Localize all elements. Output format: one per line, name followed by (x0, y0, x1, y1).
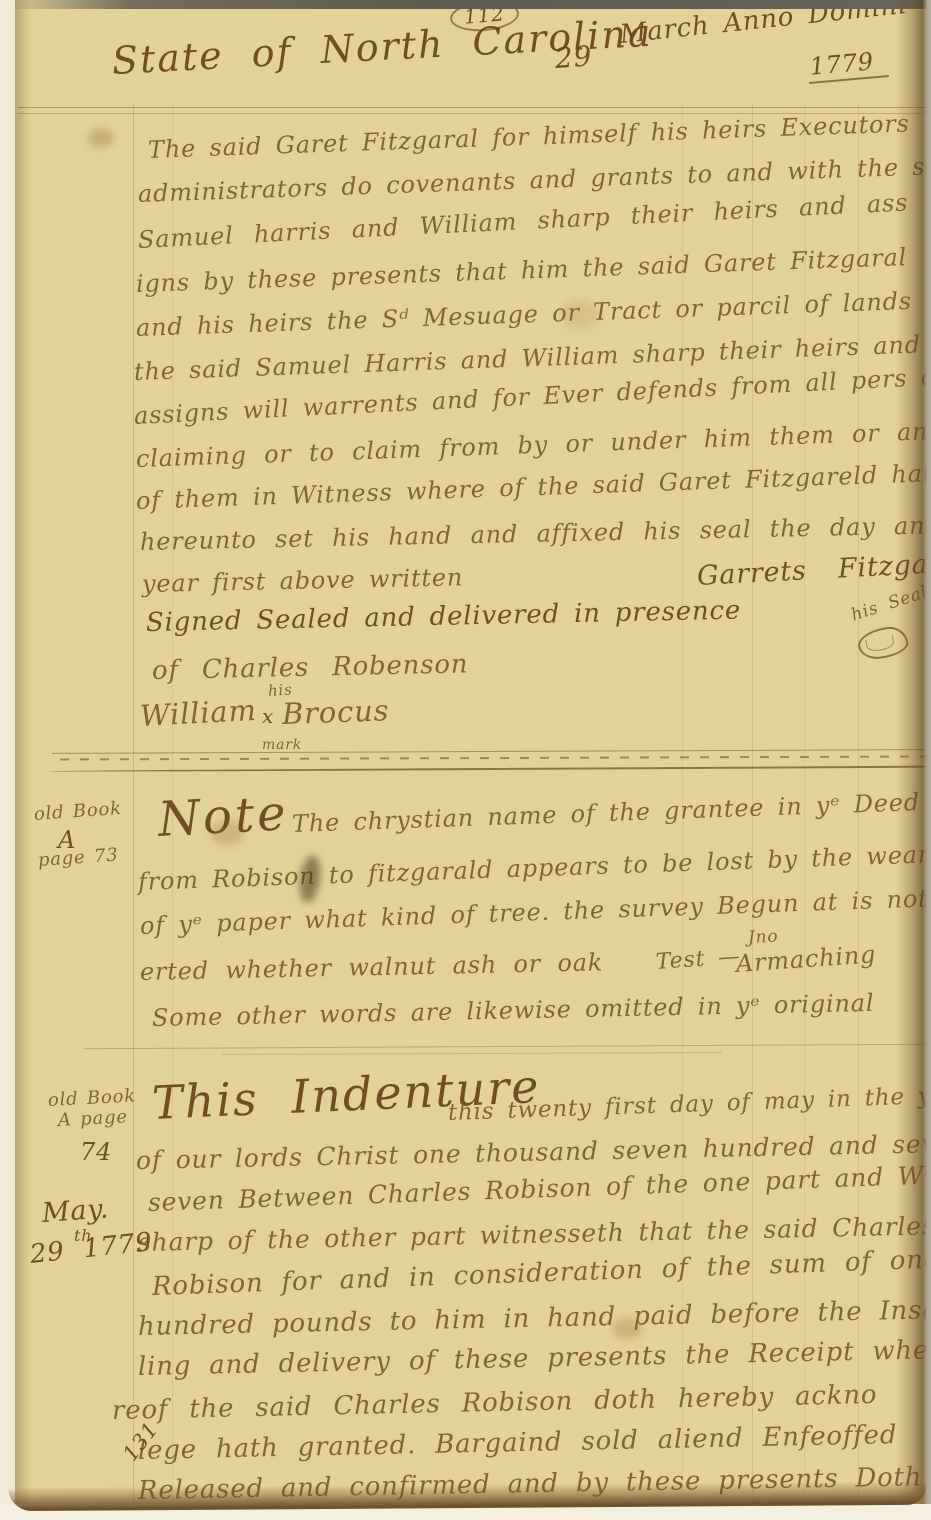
indenture-margin-page-num: 74 (80, 1140, 112, 1164)
margin-rule-right-3 (804, 104, 805, 1502)
witness-2-mark-label: mark (262, 738, 302, 752)
paper-stain (88, 128, 114, 148)
margin-rule-right-4 (858, 104, 859, 1502)
indenture-line: ling and delivery of these presents the … (138, 1337, 930, 1380)
section-separator-heavy (46, 766, 931, 773)
deed-line: igns by these presents that him the said… (136, 245, 908, 296)
note-line: The chrystian name of the grantee in yᵉ … (292, 790, 921, 836)
section-separator-dashes (60, 755, 928, 760)
note-line: from Robison to fitzgarald appears to be… (138, 841, 931, 894)
paper-stain (560, 300, 600, 330)
header-day: 29 (554, 42, 593, 73)
header-month: March Anno Domini (619, 0, 909, 48)
note-margin-book: old Book (33, 800, 122, 824)
margin-rule-left (133, 104, 134, 1502)
witness-2-x-mark: x (262, 706, 274, 726)
scan-edge-right (896, 0, 931, 1520)
note-line: of yᵉ paper what kind of tree. the surve… (140, 885, 931, 938)
note-separator (84, 1044, 929, 1049)
indenture-line: lege hath granted. Bargaind sold aliend … (138, 1422, 898, 1464)
header-year: 1779 (807, 48, 890, 84)
paper-stain (612, 1318, 642, 1340)
deed-line: hereunto set his hand and affixed his se… (140, 513, 931, 554)
indenture-margin-month: May. (41, 1195, 110, 1227)
deed-line: year first above written (142, 565, 464, 596)
seal-scribble (856, 624, 910, 662)
grantor-signature: Garrets Fitzgarald (696, 548, 931, 590)
note-line: erted whether walnut ash or oak (140, 950, 604, 984)
paper-stain (210, 820, 244, 846)
indenture-line: Robison for and in consideration of the … (152, 1246, 931, 1299)
header-rule (18, 107, 931, 114)
note-attest-label: Test — (655, 946, 741, 974)
indenture-line: hundred pounds to him in hand paid befor… (138, 1297, 931, 1340)
section-separator-thin (52, 749, 931, 754)
scan-edge-left-shadow (15, 0, 31, 1520)
witness-1: of Charles Robenson (152, 651, 469, 684)
note-separator-2 (222, 1052, 722, 1055)
seal-label: his Seal (849, 584, 930, 625)
deed-book-page-scan: 112 State of North Carolina 29 March Ann… (0, 0, 931, 1520)
attestation-line: Signed Sealed and delivered in presence (146, 598, 742, 636)
witness-2-last: Brocus (281, 696, 389, 729)
indenture-margin-page-label: A page (58, 1108, 129, 1130)
note-margin-page: page 73 (37, 846, 119, 870)
indenture-line: reof the said Charles Robison doth hereb… (112, 1382, 878, 1424)
witness-2-first: William (139, 696, 257, 731)
indenture-margin-date: 29 1779 (29, 1229, 154, 1268)
deed-line: The said Garet Fitzgaral for himself his… (148, 111, 910, 162)
margin-rule-right-1 (682, 104, 683, 1502)
scan-edge-bottom-paper (0, 1504, 931, 1520)
deed-line: and his heirs the Sᵈ Mesuage or Tract or… (136, 288, 931, 340)
note-line: Some other words are likewise omitted in… (152, 991, 875, 1030)
scan-edge-left (0, 0, 15, 1520)
margin-rule-left-2 (172, 104, 173, 1502)
margin-rule-right-2 (752, 104, 753, 1502)
